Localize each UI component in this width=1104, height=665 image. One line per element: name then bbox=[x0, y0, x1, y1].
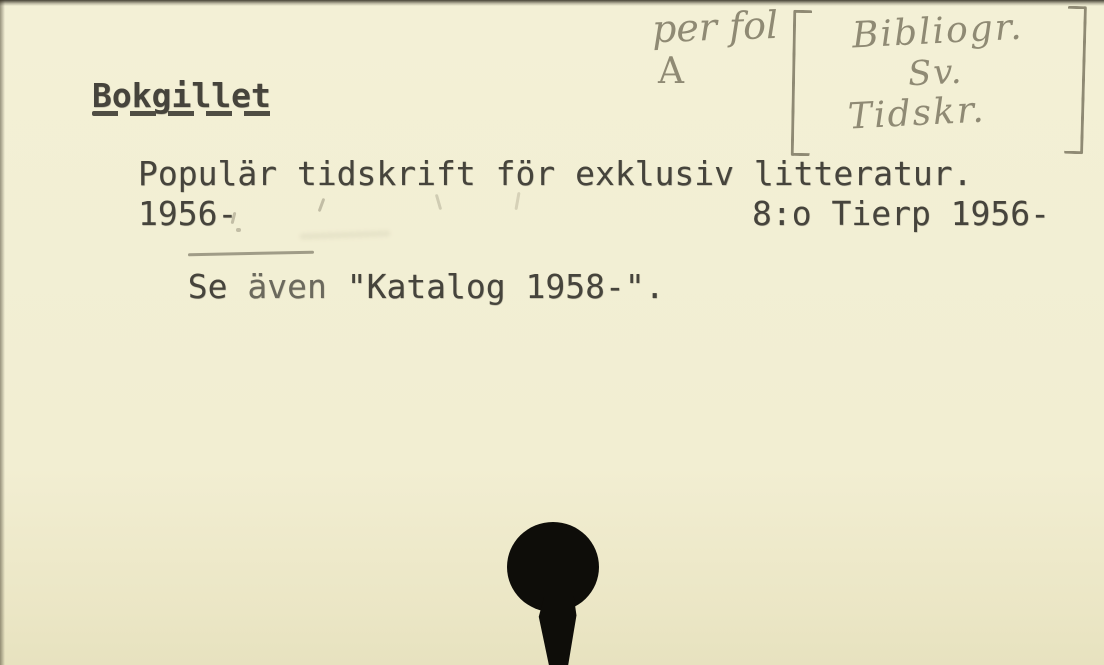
reference-suffix: "Katalog 1958-". bbox=[327, 267, 665, 306]
heading-underline bbox=[92, 111, 274, 116]
shelf-note-line2: A bbox=[658, 54, 684, 90]
shelf-note-line1: per fol bbox=[651, 6, 778, 48]
punch-hole-stem bbox=[536, 596, 582, 665]
erased-pencil-mark bbox=[236, 228, 241, 232]
erased-pencil-mark bbox=[514, 192, 520, 210]
catalog-card-scan: { "card": { "heading": "Bokgillet", "tit… bbox=[0, 0, 1104, 665]
scan-edge-top bbox=[0, 0, 1104, 6]
close-bracket bbox=[1064, 6, 1087, 154]
bracket-note-line2: Sv. bbox=[907, 55, 964, 92]
bracket-note-line3: Tidskr. bbox=[847, 92, 986, 135]
erased-pencil-mark bbox=[318, 198, 326, 212]
erased-pencil-mark bbox=[435, 194, 442, 210]
bracket-note-line1: Bibliogr. bbox=[851, 10, 1024, 55]
reference-line: Se även "Katalog 1958-". bbox=[148, 237, 665, 303]
reference-prefix: Se bbox=[188, 267, 248, 306]
title-line: Populär tidskrift för exklusiv litteratu… bbox=[138, 157, 972, 190]
format-imprint-line: 8:o Tierp 1956- bbox=[752, 197, 1050, 230]
card-heading: Bokgillet bbox=[92, 79, 271, 112]
year-line: 1956- bbox=[138, 197, 237, 230]
open-bracket bbox=[791, 10, 813, 156]
struck-word: även bbox=[247, 267, 326, 306]
scan-edge-left bbox=[0, 0, 5, 665]
